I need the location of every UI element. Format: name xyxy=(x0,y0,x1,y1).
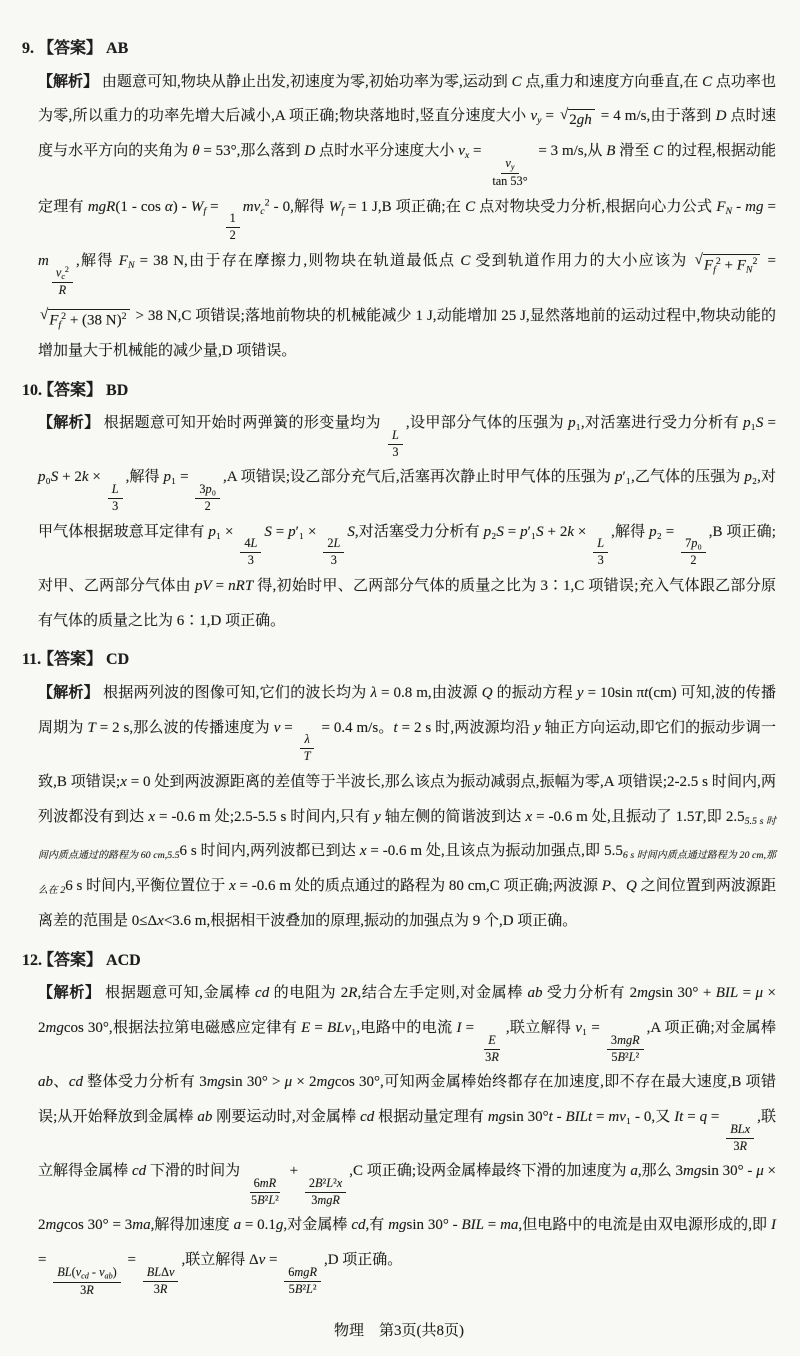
math-var: mg xyxy=(488,1109,506,1125)
math-var: ab xyxy=(197,1109,212,1125)
math-var: q xyxy=(700,1109,708,1125)
fraction-denominator: 3R xyxy=(729,1139,751,1155)
math-var: S xyxy=(496,524,504,540)
fraction-numerator: 3mgR xyxy=(607,1033,644,1050)
fraction: 3p₀2 xyxy=(195,482,220,514)
fraction-denominator: 3R xyxy=(76,1283,98,1299)
math-var: p xyxy=(520,524,528,540)
math-var: L xyxy=(326,1176,333,1190)
analysis-body: 根据题意可知开始时两弹簧的形变量均为 L3,设甲部分气体的压强为 p₁,对活塞进… xyxy=(38,415,776,628)
math-var: v xyxy=(259,1252,266,1268)
fraction-denominator: 3mgR xyxy=(307,1193,344,1209)
math-var: mR xyxy=(260,1176,276,1190)
math-var: mgR xyxy=(294,1265,317,1279)
fraction-denominator: 3 xyxy=(244,553,258,569)
superscript: 2 xyxy=(716,256,721,267)
answer-line: 11. 【答案】 CD xyxy=(38,647,776,673)
math-var: R xyxy=(160,1282,168,1296)
math-var: W xyxy=(191,199,204,215)
answer-value: BD xyxy=(106,382,128,399)
answer-section-11: 11. 【答案】 CD 【解析】 根据两列波的图像可知,它们的波长均为 λ = … xyxy=(22,647,776,939)
fraction-numerator: λ xyxy=(300,732,313,749)
fraction-denominator: 5B²L² xyxy=(607,1050,643,1066)
math-var: L xyxy=(392,428,399,442)
math-var: k xyxy=(567,524,574,540)
fraction-numerator: 7p₀ xyxy=(681,536,706,553)
fraction-numerator: vy xyxy=(501,156,518,174)
math-var: mg xyxy=(46,1217,64,1233)
fraction-denominator: 5B²L² xyxy=(285,1282,321,1298)
fraction: 7p₀2 xyxy=(681,536,706,568)
math-var: R xyxy=(59,283,67,297)
math-var: mv xyxy=(608,1109,626,1125)
fraction-numerator: BLΔv xyxy=(143,1265,179,1282)
math-var: BIL xyxy=(461,1217,484,1233)
analysis-body: 由题意可知,物块从静止出发,初速度为零,初始功率为零,运动到 C 点,重力和速度… xyxy=(38,74,776,359)
question-number: 11. xyxy=(22,647,41,673)
math-var: θ xyxy=(192,143,199,159)
subscript: f xyxy=(341,206,344,217)
math-var: mg xyxy=(745,199,763,215)
page-footer: 物理 第3页(共8页) xyxy=(22,1319,776,1340)
math-var: B xyxy=(606,143,615,159)
math-var: p xyxy=(164,469,172,485)
radicand: 2gh xyxy=(568,109,595,131)
math-var: x xyxy=(157,913,164,929)
subscript: f xyxy=(203,206,206,217)
math-var: p xyxy=(568,415,576,431)
answer-label: 【答案】 xyxy=(38,382,102,399)
math-var: BILt xyxy=(565,1109,592,1125)
math-var: BLv xyxy=(327,1020,351,1036)
subscript: x xyxy=(465,150,469,161)
math-var: y xyxy=(577,685,584,701)
answer-section-9: 9. 【答案】 AB 【解析】 由题意可知,物块从静止出发,初速度为零,初始功率… xyxy=(22,36,776,369)
fraction: L3 xyxy=(388,428,403,460)
fraction: vc2R xyxy=(52,265,73,299)
math-var: T xyxy=(87,720,95,736)
math-var: I xyxy=(457,1020,462,1036)
math-var: F xyxy=(704,257,713,273)
fraction: 6mR5B²L² xyxy=(247,1176,283,1208)
math-var: B xyxy=(257,1193,265,1207)
math-var: BL xyxy=(57,1265,71,1279)
math-var: BLx xyxy=(730,1122,750,1136)
math-var: p xyxy=(38,469,46,485)
math-var: R xyxy=(739,1139,747,1153)
math-var: cd xyxy=(69,1074,83,1090)
fraction: L3 xyxy=(593,536,608,568)
fraction-numerator: L xyxy=(593,536,608,553)
math-var: T xyxy=(694,809,702,825)
math-var: λ xyxy=(371,685,378,701)
fraction-numerator: 4L xyxy=(240,536,261,553)
math-var: ab xyxy=(527,985,542,1001)
subscript: N xyxy=(128,260,135,271)
analysis-label: 【解析】 xyxy=(38,74,98,90)
math-var: p xyxy=(744,469,752,485)
math-var: mg xyxy=(46,1020,64,1036)
math-var: L xyxy=(112,482,119,496)
math-var: F xyxy=(716,199,725,215)
math-var: gh xyxy=(577,112,592,128)
sqrt-expression: √Ff2 + (38 N)2 xyxy=(40,309,130,332)
footer-text: 物理 第3页(共8页) xyxy=(334,1323,464,1339)
math-var: p xyxy=(691,536,697,550)
radicand: Ff2 + FN2 xyxy=(703,254,761,277)
exam-answer-page: 9. 【答案】 AB 【解析】 由题意可知,物块从静止出发,初速度为零,初始功率… xyxy=(0,0,800,1356)
fraction-denominator: 2 xyxy=(201,499,215,515)
math-var: E xyxy=(301,1020,310,1036)
math-var: cd xyxy=(255,985,269,1001)
math-var: C xyxy=(465,199,475,215)
math-var: mg xyxy=(637,985,655,1001)
fraction: L3 xyxy=(108,482,123,514)
fraction-denominator: 3R xyxy=(150,1282,172,1298)
math-var: L xyxy=(268,1193,275,1207)
math-var: R xyxy=(86,1283,94,1297)
question-number: 9. xyxy=(22,36,34,62)
radical-sign: √ xyxy=(695,253,703,269)
math-var: p xyxy=(649,524,657,540)
math-var: μ xyxy=(756,985,764,1001)
math-var: a xyxy=(234,1217,242,1233)
fraction-denominator: 3 xyxy=(594,553,608,569)
analysis-paragraph: 【解析】 根据题意可知,金属棒 cd 的电阻为 2R,结合左手定则,对金属棒 a… xyxy=(38,976,776,1298)
math-var: W xyxy=(329,199,342,215)
math-var: p xyxy=(208,524,216,540)
fraction-denominator: 2 xyxy=(686,553,700,569)
math-var: μ xyxy=(756,1163,764,1179)
math-var: x xyxy=(337,1176,342,1190)
superscript: 2 xyxy=(61,311,66,322)
question-number: 10. xyxy=(22,378,42,404)
answers-list: 9. 【答案】 AB 【解析】 由题意可知,物块从静止出发,初速度为零,初始功率… xyxy=(22,36,776,1299)
math-var: P xyxy=(602,878,611,894)
answer-line: 12. 【答案】 ACD xyxy=(38,948,776,974)
math-var: mg xyxy=(316,1074,334,1090)
fraction-numerator: 6mgR xyxy=(284,1265,321,1282)
answer-value: ACD xyxy=(106,952,141,969)
answer-section-12: 12. 【答案】 ACD 【解析】 根据题意可知,金属棒 cd 的电阻为 2R,… xyxy=(22,948,776,1299)
math-var: μ xyxy=(285,1074,293,1090)
math-var: x xyxy=(148,809,155,825)
math-var: mg xyxy=(388,1217,406,1233)
radical-sign: √ xyxy=(40,308,48,324)
fraction-numerator: 2L xyxy=(323,536,344,553)
math-var: B xyxy=(295,1282,303,1296)
math-var: T xyxy=(304,749,311,763)
fraction: BL(vcd - vab)3R xyxy=(53,1265,121,1299)
subscript: N xyxy=(746,264,753,275)
math-var: mg xyxy=(207,1074,225,1090)
analysis-paragraph: 【解析】 根据题意可知开始时两弹簧的形变量均为 L3,设甲部分气体的压强为 p₁… xyxy=(38,406,776,638)
math-var: S xyxy=(536,524,544,540)
math-var: v xyxy=(458,143,465,159)
math-var: mgR xyxy=(88,199,116,215)
fraction-numerator: vc2 xyxy=(52,265,73,283)
math-var: p xyxy=(206,482,212,496)
math-var: Q xyxy=(482,685,493,701)
math-var: cd xyxy=(360,1109,374,1125)
answer-label: 【答案】 xyxy=(38,952,102,969)
math-var: R xyxy=(348,985,357,1001)
math-var: mgR xyxy=(317,1193,340,1207)
math-var: S xyxy=(347,524,355,540)
subscript: y xyxy=(511,162,515,171)
fraction-numerator: BLx xyxy=(726,1122,754,1139)
fraction-numerator: E xyxy=(484,1033,500,1050)
subscript: cd xyxy=(81,1272,89,1281)
math-var: B xyxy=(315,1176,323,1190)
fraction-denominator: T xyxy=(300,749,315,765)
fraction-numerator: BL(vcd - vab) xyxy=(53,1265,121,1283)
fraction-denominator: 3 xyxy=(388,445,402,461)
math-var: BL xyxy=(147,1265,161,1279)
math-var: BIL xyxy=(716,985,739,1001)
fraction: λT xyxy=(300,732,315,764)
answer-label: 【答案】 xyxy=(38,40,102,57)
answer-line: 9. 【答案】 AB xyxy=(38,36,776,62)
answer-value: AB xyxy=(106,40,128,57)
fraction-denominator: 3R xyxy=(481,1050,503,1066)
math-var: I xyxy=(771,1217,776,1233)
fraction-numerator: 1 xyxy=(226,211,240,228)
fraction-numerator: 3p₀ xyxy=(195,482,220,499)
math-var: m xyxy=(38,253,49,269)
fraction: 2B²L²x3mgR xyxy=(305,1176,346,1208)
math-var: x xyxy=(120,774,127,790)
math-var: mv xyxy=(243,199,261,215)
math-var: ma xyxy=(500,1217,518,1233)
math-var: L xyxy=(333,536,340,550)
sqrt-expression: √2gh xyxy=(560,109,595,131)
math-var: α xyxy=(165,199,173,215)
superscript: 2 xyxy=(265,197,270,208)
answer-value: CD xyxy=(106,651,129,668)
fraction-denominator: 2 xyxy=(226,228,240,244)
math-var: F xyxy=(119,253,128,269)
math-var: x xyxy=(525,809,532,825)
fraction: E3R xyxy=(481,1033,503,1065)
math-var: S xyxy=(264,524,272,540)
math-var: mgR xyxy=(617,1033,640,1047)
superscript: 2 xyxy=(122,311,127,322)
math-var: y xyxy=(534,720,541,736)
math-var: k xyxy=(82,469,89,485)
analysis-body: 根据题意可知,金属棒 cd 的电阻为 2R,结合左手定则,对金属棒 ab 受力分… xyxy=(38,985,776,1268)
answer-section-10: 10. 【答案】 BD 【解析】 根据题意可知开始时两弹簧的形变量均为 L3,设… xyxy=(22,378,776,639)
fraction: 4L3 xyxy=(240,536,261,568)
fraction: 6mgR5B²L² xyxy=(284,1265,321,1297)
fraction: vytan 53° xyxy=(488,156,531,190)
fraction: 12 xyxy=(226,211,240,243)
answer-label: 【答案】 xyxy=(38,651,102,668)
fraction-denominator: 3 xyxy=(108,499,122,515)
math-var: D xyxy=(716,108,727,124)
math-var: B xyxy=(617,1050,625,1064)
math-var: Q xyxy=(626,878,637,894)
math-var: p xyxy=(484,524,492,540)
analysis-label: 【解析】 xyxy=(38,685,99,701)
math-var: pV xyxy=(195,578,212,594)
analysis-paragraph: 【解析】 根据两列波的图像可知,它们的波长均为 λ = 0.8 m,由波源 Q … xyxy=(38,676,776,939)
math-var: It xyxy=(674,1109,683,1125)
math-var: λ xyxy=(304,732,309,746)
answer-line: 10. 【答案】 BD xyxy=(38,378,776,404)
math-var: p xyxy=(288,524,296,540)
fraction-numerator: 6mR xyxy=(250,1176,281,1193)
math-var: ab xyxy=(38,1074,53,1090)
superscript: 2 xyxy=(753,256,758,267)
math-var: x xyxy=(229,878,236,894)
math-var: v xyxy=(575,1020,582,1036)
analysis-label: 【解析】 xyxy=(38,415,100,431)
math-var: v xyxy=(274,720,281,736)
fraction-numerator: 2B²L²x xyxy=(305,1176,346,1193)
math-var: mg xyxy=(683,1163,701,1179)
math-var: S xyxy=(756,415,764,431)
fraction: 2L3 xyxy=(323,536,344,568)
math-var: F xyxy=(737,257,746,273)
math-var: t xyxy=(394,720,398,736)
subscript: N xyxy=(726,206,733,217)
radical-sign: √ xyxy=(560,108,568,124)
math-var: g xyxy=(276,1217,284,1233)
math-var: L xyxy=(629,1050,636,1064)
radicand: Ff2 + (38 N)2 xyxy=(48,309,129,332)
analysis-body: 根据两列波的图像可知,它们的波长均为 λ = 0.8 m,由波源 Q 的振动方程… xyxy=(38,685,776,929)
fraction-denominator: 3 xyxy=(327,553,341,569)
subscript: y xyxy=(537,116,541,127)
analysis-label: 【解析】 xyxy=(38,985,101,1001)
math-var: p xyxy=(615,469,623,485)
math-var: L xyxy=(250,536,257,550)
math-var: C xyxy=(460,253,470,269)
math-var: D xyxy=(304,143,315,159)
analysis-paragraph: 【解析】 由题意可知,物块从静止出发,初速度为零,初始功率为零,运动到 C 点,… xyxy=(38,65,776,369)
math-var: C xyxy=(653,143,663,159)
subscript: ab xyxy=(105,1272,113,1281)
math-var: nRT xyxy=(228,578,253,594)
math-var: x xyxy=(360,843,367,859)
math-var: E xyxy=(488,1033,496,1047)
math-var: ma xyxy=(132,1217,150,1233)
math-var: S xyxy=(51,469,59,485)
fraction: BLΔv3R xyxy=(143,1265,179,1297)
math-var: t xyxy=(644,685,648,701)
superscript: 2 xyxy=(65,265,69,274)
math-var: L xyxy=(306,1282,313,1296)
math-var: cd xyxy=(132,1163,146,1179)
math-var: v xyxy=(169,1265,174,1279)
math-var: C xyxy=(512,74,522,90)
fraction-denominator: 5B²L² xyxy=(247,1193,283,1209)
fraction: BLx3R xyxy=(726,1122,754,1154)
math-var: t xyxy=(549,1109,553,1125)
fraction: 3mgR5B²L² xyxy=(607,1033,644,1065)
math-var: p xyxy=(743,415,751,431)
sqrt-expression: √Ff2 + FN2 xyxy=(695,254,761,277)
math-var: a xyxy=(630,1163,638,1179)
fraction-denominator: R xyxy=(55,283,71,299)
math-var: R xyxy=(491,1050,499,1064)
fraction-denominator: tan 53° xyxy=(488,174,531,190)
fraction-numerator: L xyxy=(108,482,123,499)
math-var: L xyxy=(597,536,604,550)
math-var: cd xyxy=(351,1217,365,1233)
math-var: y xyxy=(374,809,381,825)
fraction-numerator: L xyxy=(388,428,403,445)
math-var: C xyxy=(702,74,712,90)
question-number: 12. xyxy=(22,948,42,974)
